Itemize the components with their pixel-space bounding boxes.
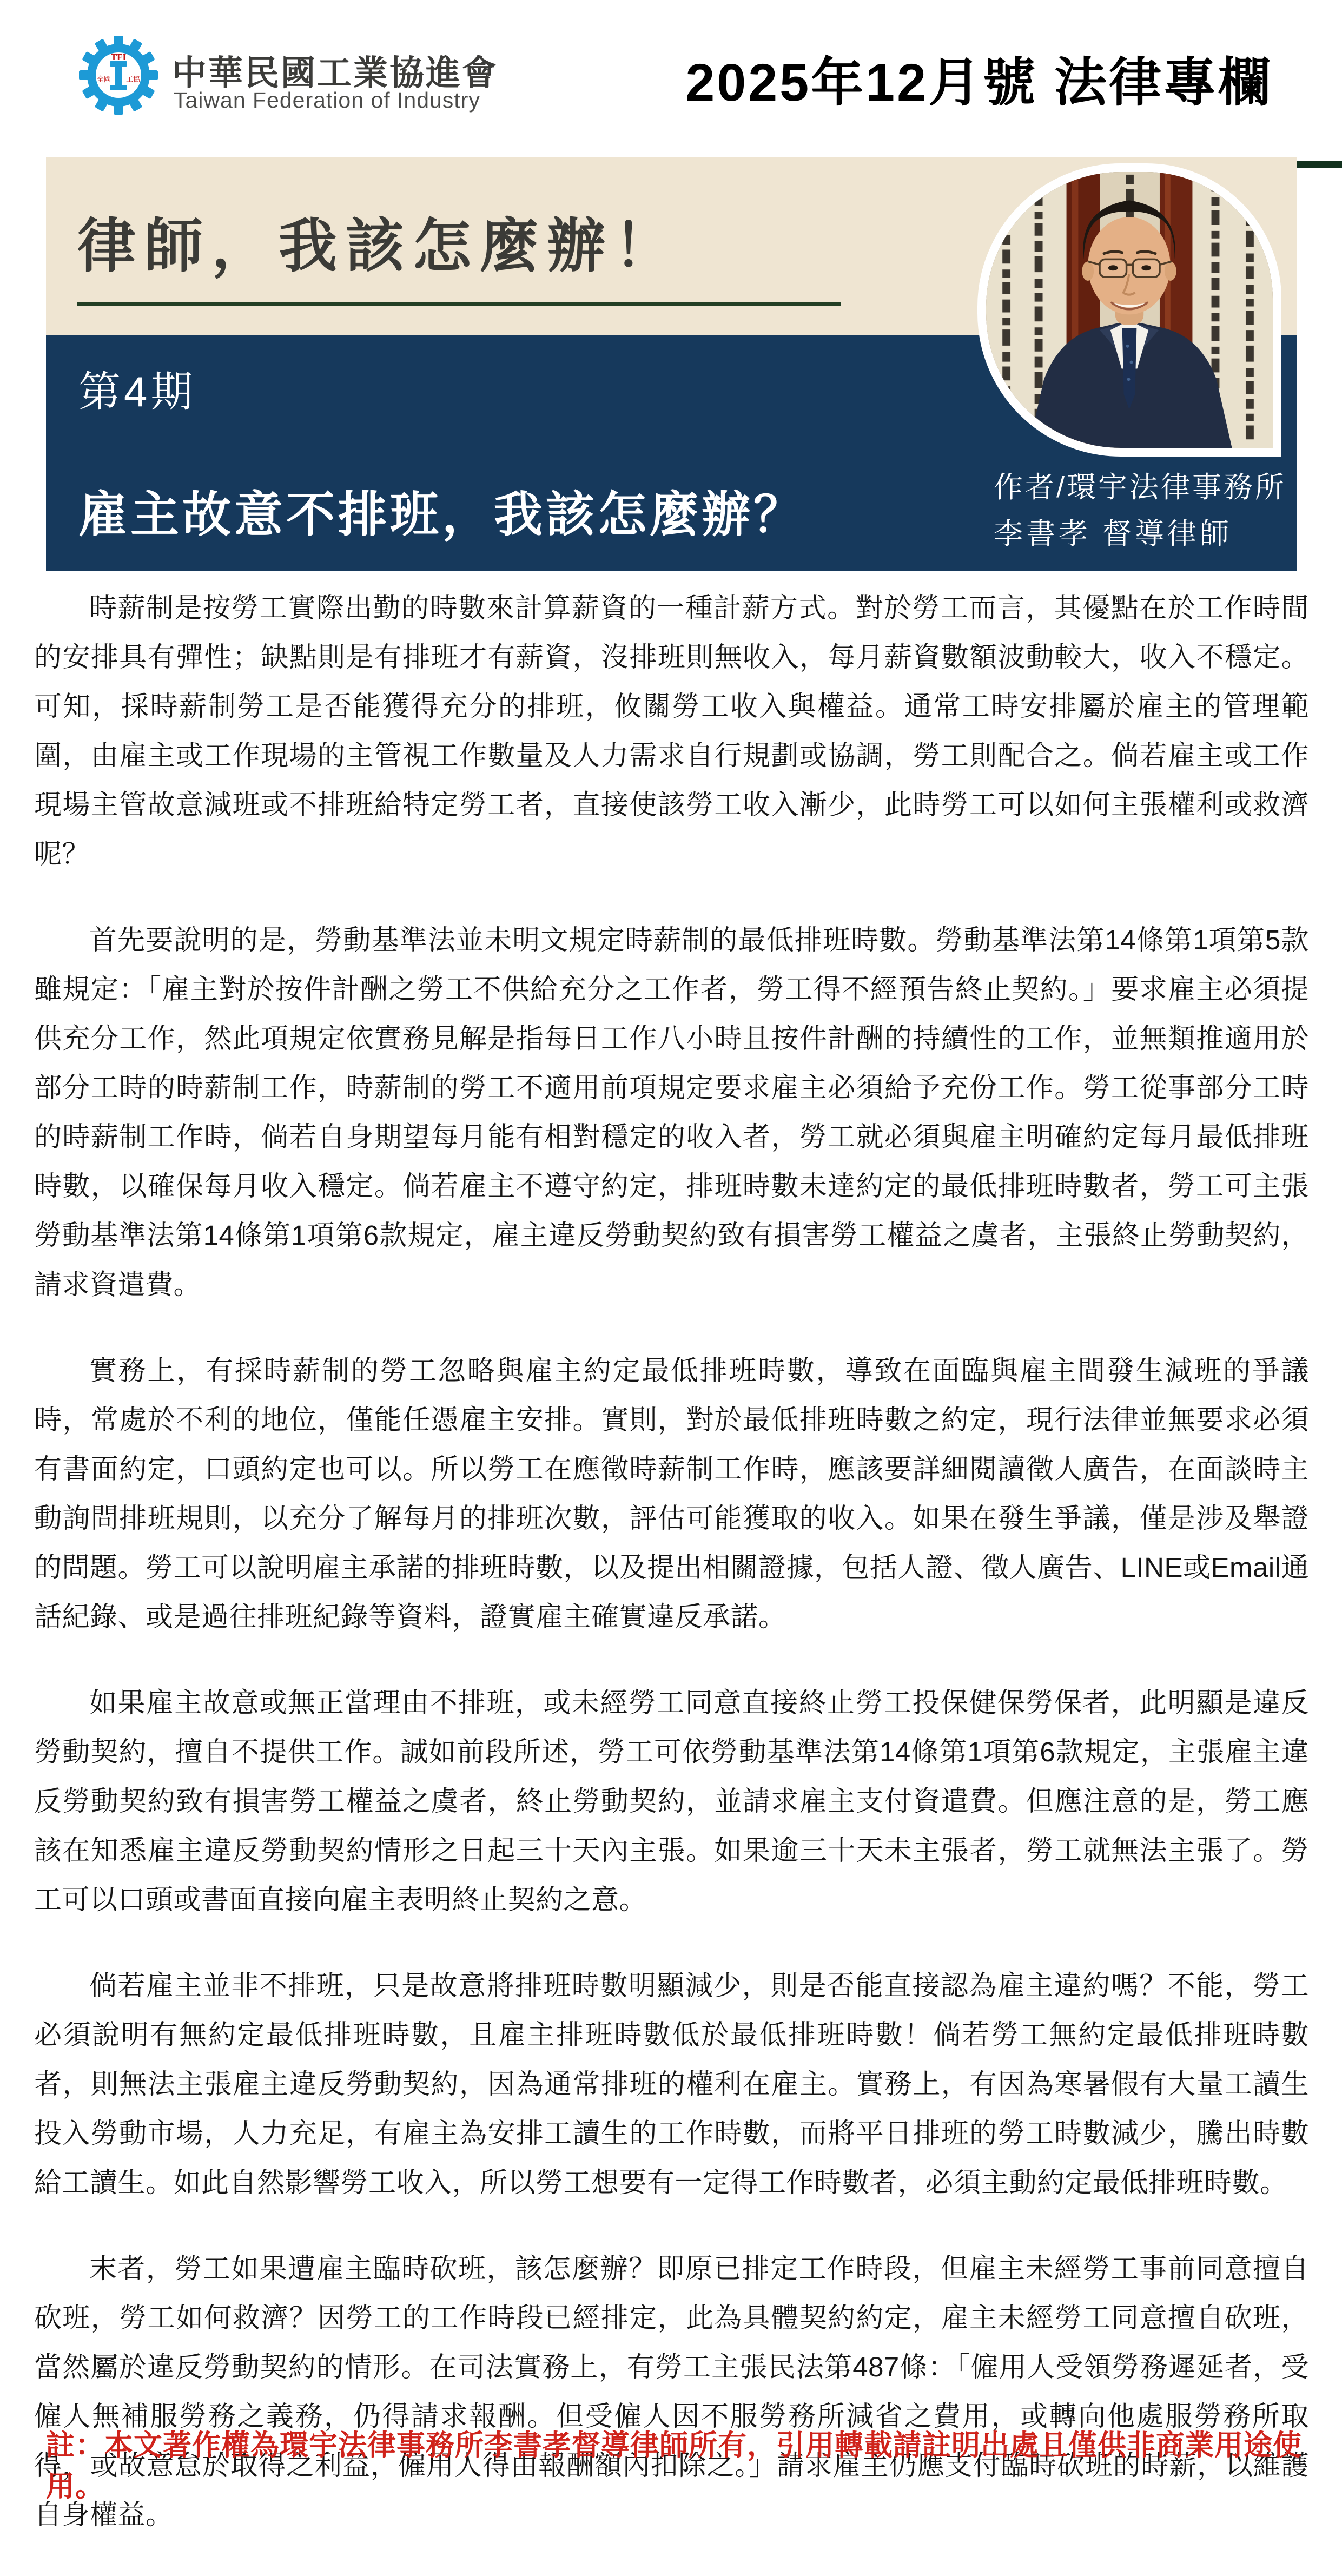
logo-tfi-text: TFI [111,52,127,62]
column-title-underline [77,302,841,306]
paragraph-1: 時薪制是按勞工實際出勤的時數來計算薪資的一種計薪方式。對於勞工而言，其優點在於工… [34,583,1309,879]
column-title: 律師，我該怎麼辦！ [77,199,681,283]
copyright-note: 註：本文著作權為環宇法律事務所李書孝督導律師所有，引用轉載請註明出處且僅供非商業… [46,2422,1306,2505]
author-photo [977,163,1281,457]
org-name-en: Taiwan Federation of Industry [174,88,480,113]
feature-banner: 律師，我該怎麼辦！ 第4期 雇主故意不排班，我該怎麼辦？ [46,157,1297,571]
author-firm: 作者/環宇法律事務所 [994,464,1297,511]
article-body: 時薪制是按勞工實際出勤的時數來計算薪資的一種計薪方式。對於勞工而言，其優點在於工… [34,583,1309,2576]
author-credit: 作者/環宇法律事務所 李書孝 督導律師 [994,464,1297,557]
paragraph-4: 如果雇主故意或無正當理由不排班，或未經勞工同意直接終止勞工投保健保勞保者，此明顯… [34,1678,1309,1924]
paragraph-5: 倘若雇主並非不排班，只是故意將排班時數明顯減少，則是否能直接認為雇主違約嗎？不能… [34,1961,1309,2207]
logo-left-text: 全國 [97,75,111,83]
issue-title: 2025年12月號 法律專欄 [685,40,1273,116]
issue-number: 第4期 [78,358,196,419]
page-header: TFI 全國 工協 中華民國工業協進會 Taiwan Federation of… [0,0,1342,164]
paragraph-3: 實務上，有採時薪制的勞工忽略與雇主約定最低排班時數，導致在面臨與雇主間發生減班的… [34,1346,1309,1641]
tfi-gear-logo-icon: TFI 全國 工協 [79,36,158,115]
topic-title: 雇主故意不排班，我該怎麼辦？ [78,475,805,545]
logo-right-text: 工協 [126,75,140,83]
author-name: 李書孝 督導律師 [994,511,1297,557]
paragraph-2: 首先要說明的是，勞動基準法並未明文規定時薪制的最低排班時數。勞動基準法第14條第… [34,915,1309,1309]
